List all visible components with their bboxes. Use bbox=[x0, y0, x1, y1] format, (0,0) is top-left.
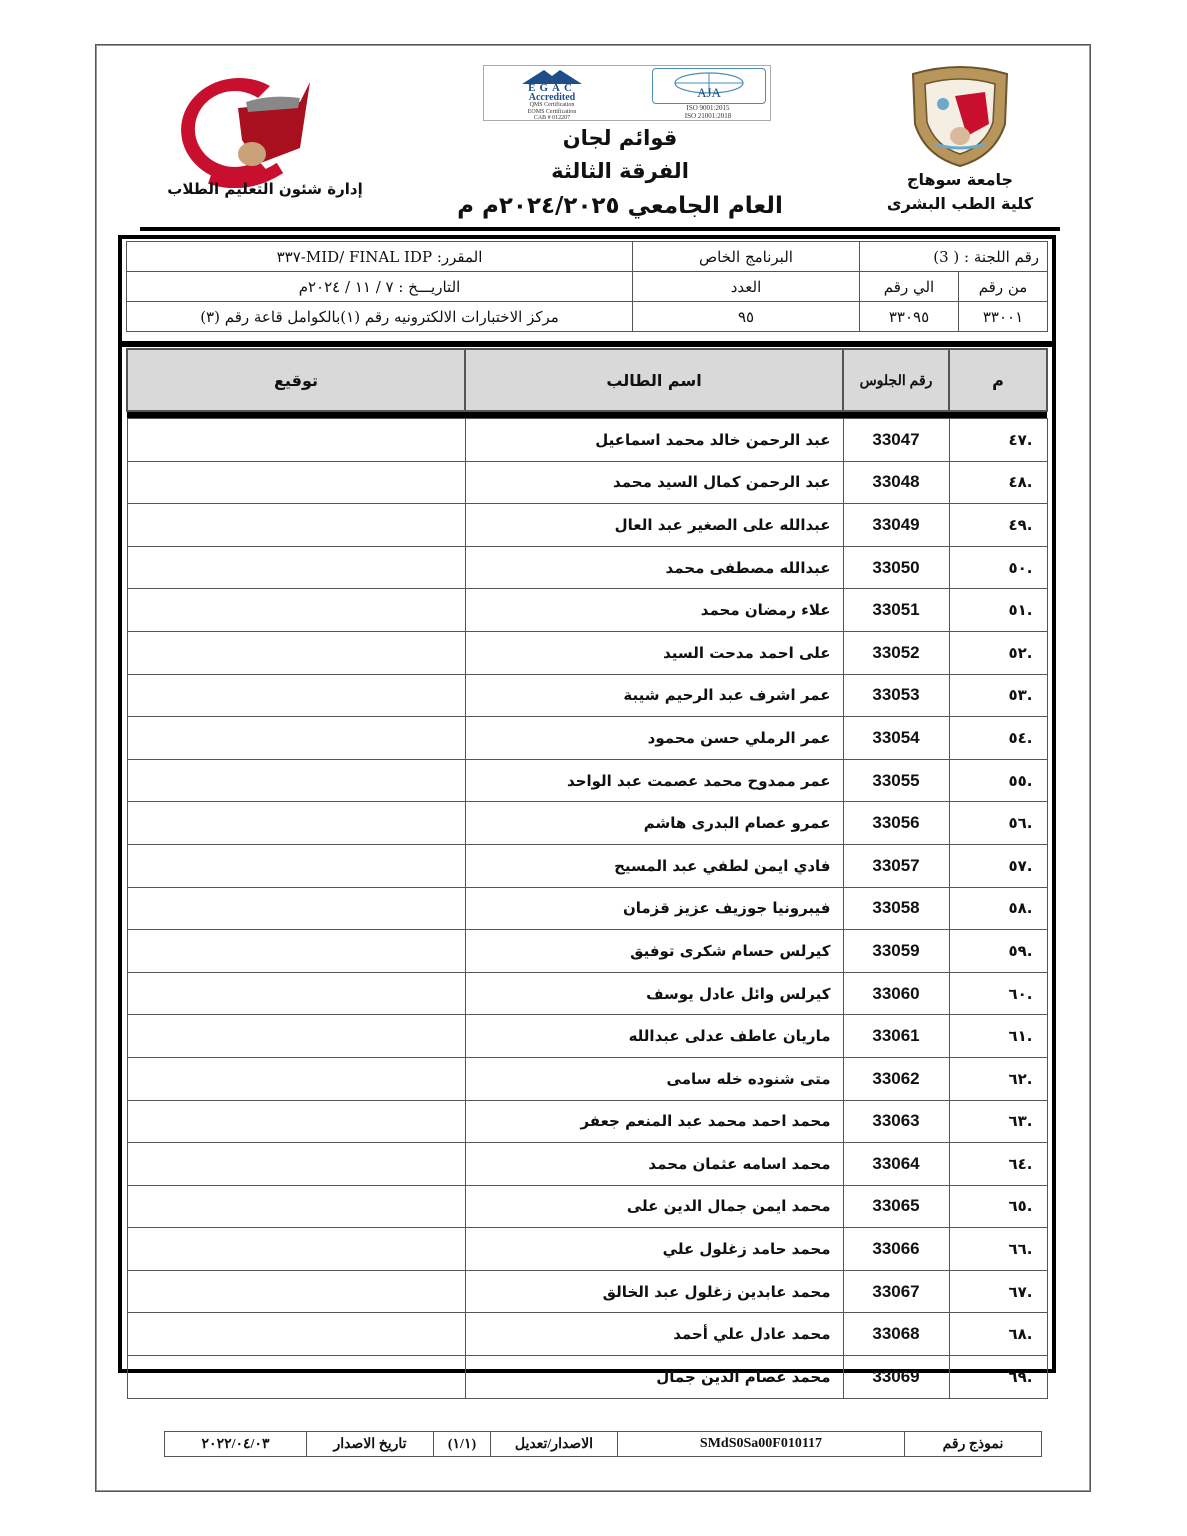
department-name: إدارة شئون التعليم الطلاب bbox=[150, 180, 380, 198]
seat-number: 33068 bbox=[843, 1313, 949, 1356]
seat-number: 33063 bbox=[843, 1100, 949, 1143]
table-row: .٦٦33066محمد حامد زغلول علي bbox=[127, 1228, 1047, 1271]
seat-number: 33065 bbox=[843, 1185, 949, 1228]
seat-number: 33052 bbox=[843, 631, 949, 674]
seat-number: 33053 bbox=[843, 674, 949, 717]
seat-number: 33056 bbox=[843, 802, 949, 845]
header-divider bbox=[140, 227, 1060, 231]
version-label: الاصدار/تعديل bbox=[491, 1432, 618, 1457]
row-index: .٦٥ bbox=[949, 1185, 1047, 1228]
program-name: البرنامج الخاص bbox=[633, 242, 860, 272]
to-value: ٣٣٠٩٥ bbox=[860, 302, 959, 332]
signature-cell[interactable] bbox=[127, 504, 465, 547]
table-row: .٤٨33048عبد الرحمن كمال السيد محمد bbox=[127, 461, 1047, 504]
table-row: .٥٠33050عبدالله مصطفى محمد bbox=[127, 546, 1047, 589]
row-index: .٥٣ bbox=[949, 674, 1047, 717]
seat-number: 33059 bbox=[843, 930, 949, 973]
table-row: .٥٩33059كيرلس حسام شكرى توفيق bbox=[127, 930, 1047, 973]
form-number-label: نموذج رقم bbox=[905, 1432, 1042, 1457]
student-name: علاء رمضان محمد bbox=[465, 589, 843, 632]
student-name: على احمد مدحت السيد bbox=[465, 631, 843, 674]
row-index: .٦٣ bbox=[949, 1100, 1047, 1143]
row-index: .٥٩ bbox=[949, 930, 1047, 973]
count-label: العدد bbox=[633, 272, 860, 302]
signature-cell[interactable] bbox=[127, 1228, 465, 1271]
signature-cell[interactable] bbox=[127, 1057, 465, 1100]
row-index: .٦٧ bbox=[949, 1270, 1047, 1313]
signature-cell[interactable] bbox=[127, 717, 465, 760]
row-index: .٦٦ bbox=[949, 1228, 1047, 1271]
student-name: متى شنوده خله سامى bbox=[465, 1057, 843, 1100]
seat-number: 33066 bbox=[843, 1228, 949, 1271]
signature-cell[interactable] bbox=[127, 1143, 465, 1186]
from-value: ٣٣٠٠١ bbox=[959, 302, 1048, 332]
student-name: كيرلس حسام شكرى توفيق bbox=[465, 930, 843, 973]
signature-cell[interactable] bbox=[127, 674, 465, 717]
table-row: .٦٤33064محمد اسامه عثمان محمد bbox=[127, 1143, 1047, 1186]
student-name: محمد عصام الدين جمال bbox=[465, 1356, 843, 1399]
row-index: .٥٧ bbox=[949, 844, 1047, 887]
student-list-table: م رقم الجلوس اسم الطالب توقيع .٤٧33047عب… bbox=[126, 348, 1048, 1399]
university-seal bbox=[905, 64, 1015, 168]
seat-number: 33067 bbox=[843, 1270, 949, 1313]
signature-cell[interactable] bbox=[127, 844, 465, 887]
table-row: .٥٥33055عمر ممدوح محمد عصمت عبد الواحد bbox=[127, 759, 1047, 802]
header-index: م bbox=[949, 349, 1047, 411]
student-name: عمرو عصام البدرى هاشم bbox=[465, 802, 843, 845]
table-row: .٦٢33062متى شنوده خله سامى bbox=[127, 1057, 1047, 1100]
row-index: .٦٢ bbox=[949, 1057, 1047, 1100]
table-row: .٥١33051علاء رمضان محمد bbox=[127, 589, 1047, 632]
row-index: .٦٩ bbox=[949, 1356, 1047, 1399]
student-name: عبدالله على الصغير عبد العال bbox=[465, 504, 843, 547]
student-name: عمر اشرف عبد الرحيم شيبة bbox=[465, 674, 843, 717]
table-row: .٦١33061ماريان عاطف عدلى عبدالله bbox=[127, 1015, 1047, 1058]
course-name: المقرر: MID/ FINAL IDP-٣٣٧ bbox=[127, 242, 633, 272]
header-seat-number: رقم الجلوس bbox=[843, 349, 949, 411]
seat-number: 33054 bbox=[843, 717, 949, 760]
faculty-logo bbox=[150, 68, 320, 188]
row-index: .٥٠ bbox=[949, 546, 1047, 589]
header-student-name: اسم الطالب bbox=[465, 349, 843, 411]
table-row: .٦٠33060كيرلس وائل عادل يوسف bbox=[127, 972, 1047, 1015]
table-row: .٤٧33047عبد الرحمن خالد محمد اسماعيل bbox=[127, 419, 1047, 462]
student-name: فادي ايمن لطفي عبد المسيح bbox=[465, 844, 843, 887]
student-name: ماريان عاطف عدلى عبدالله bbox=[465, 1015, 843, 1058]
table-row: .٥٦33056عمرو عصام البدرى هاشم bbox=[127, 802, 1047, 845]
row-index: .٦٨ bbox=[949, 1313, 1047, 1356]
row-index: .٤٩ bbox=[949, 504, 1047, 547]
table-row: .٦٣33063محمد احمد محمد عبد المنعم جعفر bbox=[127, 1100, 1047, 1143]
document-title: قوائم لجان الفرقة الثالثة العام الجامعي … bbox=[440, 122, 800, 224]
student-name: محمد حامد زغلول علي bbox=[465, 1228, 843, 1271]
signature-cell[interactable] bbox=[127, 1313, 465, 1356]
seat-number: 33064 bbox=[843, 1143, 949, 1186]
table-row: .٥٧33057فادي ايمن لطفي عبد المسيح bbox=[127, 844, 1047, 887]
row-index: .٦٠ bbox=[949, 972, 1047, 1015]
row-index: .٥٤ bbox=[949, 717, 1047, 760]
student-name: محمد ايمن جمال الدين على bbox=[465, 1185, 843, 1228]
from-label: من رقم bbox=[959, 272, 1048, 302]
table-row: .٦٧33067محمد عابدين زغلول عبد الخالق bbox=[127, 1270, 1047, 1313]
table-row: .٥٤33054عمر الرملي حسن محمود bbox=[127, 717, 1047, 760]
table-row: .٥٣33053عمر اشرف عبد الرحيم شيبة bbox=[127, 674, 1047, 717]
student-name: فيبرونيا جوزيف عزيز قزمان bbox=[465, 887, 843, 930]
certification-logos: EGAC Accredited QMS Certification EOMS C… bbox=[483, 65, 771, 121]
row-index: .٥٦ bbox=[949, 802, 1047, 845]
table-row: .٥٨33058فيبرونيا جوزيف عزيز قزمان bbox=[127, 887, 1047, 930]
signature-cell[interactable] bbox=[127, 972, 465, 1015]
signature-cell[interactable] bbox=[127, 1015, 465, 1058]
university-name: جامعة سوهاج كلية الطب البشرى bbox=[880, 168, 1040, 216]
signature-cell[interactable] bbox=[127, 461, 465, 504]
signature-cell[interactable] bbox=[127, 589, 465, 632]
seat-number: 33047 bbox=[843, 419, 949, 462]
form-footer: نموذج رقم SMdS0Sa00F010117 الاصدار/تعديل… bbox=[164, 1431, 1042, 1457]
issue-date-value: ٢٠٢٢/٠٤/٠٣ bbox=[165, 1432, 307, 1457]
signature-cell[interactable] bbox=[127, 1356, 465, 1399]
seat-number: 33057 bbox=[843, 844, 949, 887]
exam-date: التاريـــخ : ٧ / ١١ / ٢٠٢٤م bbox=[127, 272, 633, 302]
student-name: محمد اسامه عثمان محمد bbox=[465, 1143, 843, 1186]
committee-info-table: رقم اللجنة : ( 3) البرنامج الخاص المقرر:… bbox=[126, 241, 1048, 332]
to-label: الي رقم bbox=[860, 272, 959, 302]
table-row: .٥٢33052على احمد مدحت السيد bbox=[127, 631, 1047, 674]
seat-number: 33049 bbox=[843, 504, 949, 547]
signature-cell[interactable] bbox=[127, 1100, 465, 1143]
seat-number: 33048 bbox=[843, 461, 949, 504]
row-index: .٥٥ bbox=[949, 759, 1047, 802]
form-code: SMdS0Sa00F010117 bbox=[618, 1432, 905, 1457]
signature-cell[interactable] bbox=[127, 759, 465, 802]
student-name: عبد الرحمن كمال السيد محمد bbox=[465, 461, 843, 504]
seat-number: 33061 bbox=[843, 1015, 949, 1058]
signature-cell[interactable] bbox=[127, 887, 465, 930]
row-index: .٤٧ bbox=[949, 419, 1047, 462]
signature-cell[interactable] bbox=[127, 546, 465, 589]
student-name: عمر الرملي حسن محمود bbox=[465, 717, 843, 760]
student-name: كيرلس وائل عادل يوسف bbox=[465, 972, 843, 1015]
signature-cell[interactable] bbox=[127, 1185, 465, 1228]
seat-number: 33060 bbox=[843, 972, 949, 1015]
student-name: محمد احمد محمد عبد المنعم جعفر bbox=[465, 1100, 843, 1143]
student-name: محمد عادل علي أحمد bbox=[465, 1313, 843, 1356]
committee-number: رقم اللجنة : ( 3) bbox=[860, 242, 1048, 272]
version-value: (١/١) bbox=[434, 1432, 491, 1457]
student-name: محمد عابدين زغلول عبد الخالق bbox=[465, 1270, 843, 1313]
count-value: ٩٥ bbox=[633, 302, 860, 332]
aja-certification-logo: AJA bbox=[652, 68, 766, 104]
student-name: عمر ممدوح محمد عصمت عبد الواحد bbox=[465, 759, 843, 802]
row-index: .٦٤ bbox=[949, 1143, 1047, 1186]
signature-cell[interactable] bbox=[127, 419, 465, 462]
table-row: .٦٩33069محمد عصام الدين جمال bbox=[127, 1356, 1047, 1399]
signature-cell[interactable] bbox=[127, 1270, 465, 1313]
table-row: .٦٥33065محمد ايمن جمال الدين على bbox=[127, 1185, 1047, 1228]
student-name: عبدالله مصطفى محمد bbox=[465, 546, 843, 589]
table-row: .٦٨33068محمد عادل علي أحمد bbox=[127, 1313, 1047, 1356]
signature-cell[interactable] bbox=[127, 631, 465, 674]
table-row: .٤٩33049عبدالله على الصغير عبد العال bbox=[127, 504, 1047, 547]
header-signature: توقيع bbox=[127, 349, 465, 411]
row-index: .٤٨ bbox=[949, 461, 1047, 504]
signature-cell[interactable] bbox=[127, 802, 465, 845]
seat-number: 33058 bbox=[843, 887, 949, 930]
issue-date-label: تاريخ الاصدار bbox=[307, 1432, 434, 1457]
seat-number: 33062 bbox=[843, 1057, 949, 1100]
seat-number: 33051 bbox=[843, 589, 949, 632]
seat-number: 33069 bbox=[843, 1356, 949, 1399]
exam-location: مركز الاختبارات الالكترونيه رقم (١)بالكو… bbox=[127, 302, 633, 332]
row-index: .٦١ bbox=[949, 1015, 1047, 1058]
seat-number: 33050 bbox=[843, 546, 949, 589]
row-index: .٥٨ bbox=[949, 887, 1047, 930]
row-index: .٥١ bbox=[949, 589, 1047, 632]
seat-number: 33055 bbox=[843, 759, 949, 802]
row-index: .٥٢ bbox=[949, 631, 1047, 674]
student-name: عبد الرحمن خالد محمد اسماعيل bbox=[465, 419, 843, 462]
signature-cell[interactable] bbox=[127, 930, 465, 973]
egac-accreditation-logo: EGAC Accredited QMS Certification EOMS C… bbox=[488, 68, 616, 118]
